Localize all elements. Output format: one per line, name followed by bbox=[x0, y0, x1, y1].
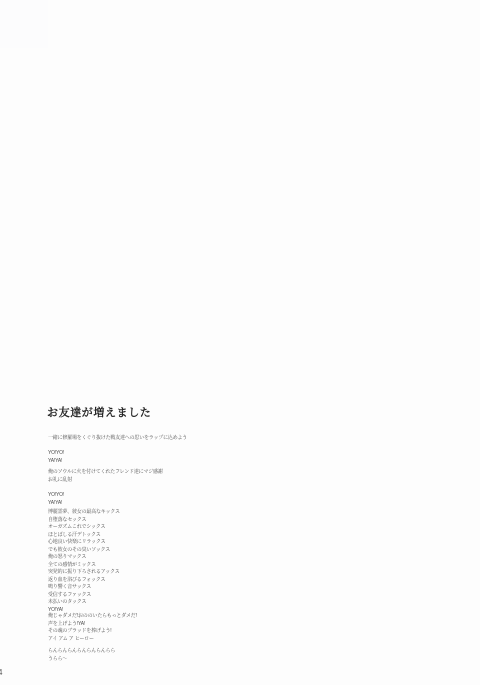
outro-stanza: らんらんらんらんらんらんらら うらら〜 bbox=[48, 648, 115, 663]
lyric-line: 一緒に修羅場をくぐり抜けた戦友達への思いをラップに込めよう bbox=[48, 435, 187, 443]
lyric-line: 鳴り響く音サックス bbox=[48, 584, 120, 592]
chant-line: YO!YO! bbox=[48, 450, 64, 458]
lyric-line: その魂のブラッドを捧げよう! bbox=[48, 628, 137, 636]
lyric-line: お礼に乱射 bbox=[48, 477, 163, 485]
lyric-line: ほとばしる汗デトックス bbox=[48, 532, 120, 540]
lyric-line: オーガズムこれでシックス bbox=[48, 524, 120, 532]
lyric-line: 心地良い快楽にリラックス bbox=[48, 539, 120, 547]
lyric-line: 俺じゃダメだ!おののいたらもっとダメだ! bbox=[48, 613, 137, 621]
lyric-line: 俺のソウルに火を付けてくれたフレンド達にマジ感謝 bbox=[48, 469, 163, 477]
verse2-stanza: 博麗霊夢、彼女の最高なキックス 自堕落なセックス オーガズムこれでシックス ほと… bbox=[48, 509, 120, 614]
verse1-chant: YO!YO! YA!YA! bbox=[48, 492, 64, 507]
lyric-line: 返り血を浴びるフォックス bbox=[48, 577, 120, 585]
lyric-line: 博麗霊夢、彼女の最高なキックス bbox=[48, 509, 120, 517]
page-title: お友達が増えました bbox=[47, 404, 151, 420]
intro-stanza: 一緒に修羅場をくぐり抜けた戦友達への思いをラップに込めよう bbox=[48, 435, 187, 443]
lyric-line: 受信するファックス bbox=[48, 592, 120, 600]
lyric-line: でも彼女のその臭いソックス bbox=[48, 547, 120, 555]
lyric-line: 自堕落なセックス bbox=[48, 517, 120, 525]
lyric-line: 声を上げよう!YA! bbox=[48, 621, 137, 629]
document-page: お友達が増えました 一緒に修羅場をくぐり抜けた戦友達への思いをラップに込めよう … bbox=[0, 0, 480, 685]
verse3-stanza: 俺じゃダメだ!おののいたらもっとダメだ! 声を上げよう!YA! その魂のブラッド… bbox=[48, 613, 137, 643]
chant-line: YO!YO! bbox=[48, 492, 64, 500]
page-number: 4 bbox=[0, 668, 2, 677]
lyric-line: 未払いのタックス bbox=[48, 599, 120, 607]
lyric-line: アイ アム ア ヒーロー bbox=[48, 636, 137, 644]
lyric-line: 全ての感情がミックス bbox=[48, 562, 120, 570]
chant-line: YA!YA! bbox=[48, 500, 64, 508]
scan-artifact bbox=[0, 0, 48, 48]
verse1-stanza: 俺のソウルに火を付けてくれたフレンド達にマジ感謝 お礼に乱射 bbox=[48, 469, 163, 484]
lyric-line: 俺の怒りマックス bbox=[48, 554, 120, 562]
intro-chant: YO!YO! YA!YA! bbox=[48, 450, 64, 465]
lyric-line: らんらんらんらんらんらんらら bbox=[48, 648, 115, 656]
lyric-line: うらら〜 bbox=[48, 656, 115, 664]
lyric-line: 突発的に振り下ろされるアックス bbox=[48, 569, 120, 577]
chant-line: YA!YA! bbox=[48, 458, 64, 466]
